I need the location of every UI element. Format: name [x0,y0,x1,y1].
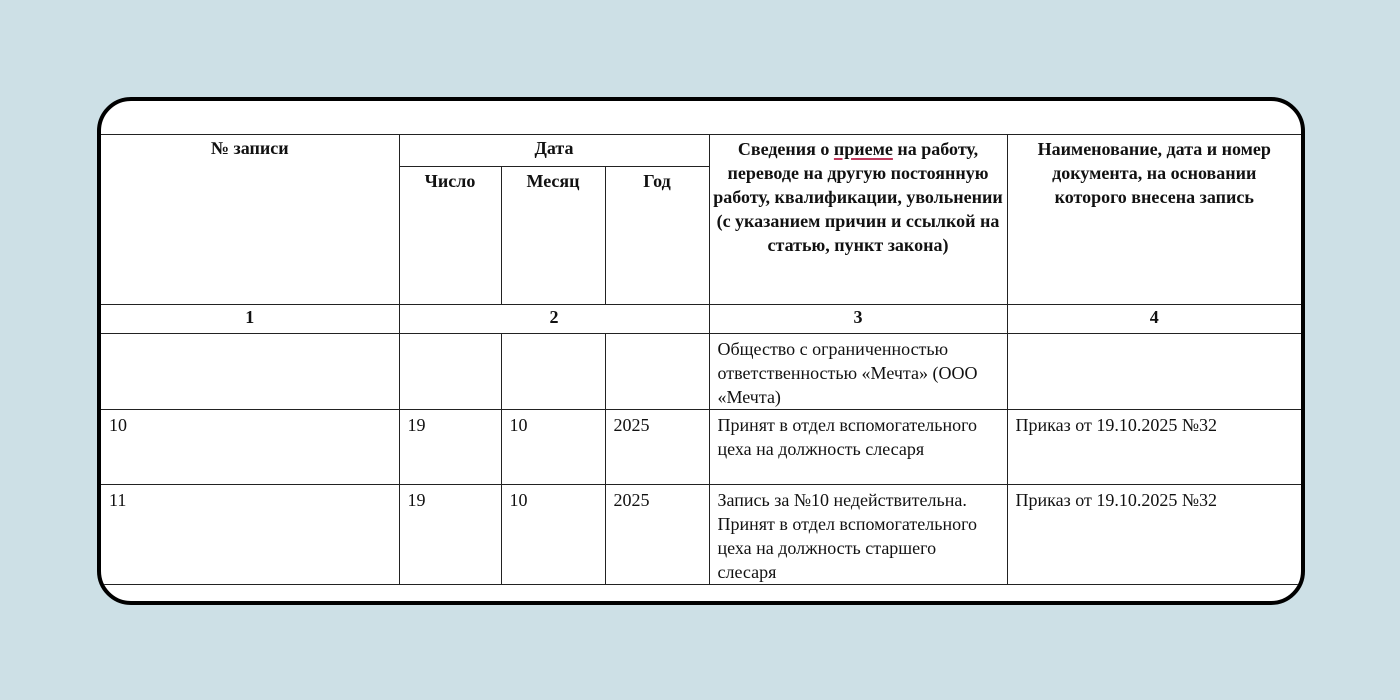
record-number-cell: 11 [101,485,399,585]
table-row: 11 19 10 2025 Запись за №10 недействител… [101,485,1301,585]
header-year: Год [605,167,709,305]
info-cell: Принят в отдел вспомогательного цеха на … [709,410,1007,485]
document-cell: Приказ от 19.10.2025 №32 [1007,485,1301,585]
month-cell: 10 [501,410,605,485]
year-cell: 2025 [605,410,709,485]
month-cell: 10 [501,485,605,585]
header-month: Месяц [501,167,605,305]
table-row: Общество с ограниченностью ответственнос… [101,334,1301,410]
month-cell [501,334,605,410]
document-cell: Приказ от 19.10.2025 №32 [1007,410,1301,485]
year-cell: 2025 [605,485,709,585]
table-row: 10 19 10 2025 Принят в отдел вспомогател… [101,410,1301,485]
record-number-cell [101,334,399,410]
document-card: № записи Дата Сведения о приеме на работ… [97,97,1305,605]
column-number-3: 3 [709,305,1007,334]
header-info-text-start: Сведения о [738,139,834,159]
header-employment-info: Сведения о приеме на работу, переводе на… [709,135,1007,305]
column-number-4: 4 [1007,305,1301,334]
record-number-cell: 10 [101,410,399,485]
year-cell [605,334,709,410]
header-day: Число [399,167,501,305]
info-cell: Запись за №10 недействительна. Принят в … [709,485,1007,585]
day-cell: 19 [399,410,501,485]
work-record-table: № записи Дата Сведения о приеме на работ… [101,134,1301,585]
header-document: Наименование, дата и номер документа, на… [1007,135,1301,305]
header-date: Дата [399,135,709,167]
info-cell: Общество с ограниченностью ответственнос… [709,334,1007,410]
day-cell [399,334,501,410]
day-cell: 19 [399,485,501,585]
column-number-1: 1 [101,305,399,334]
spellcheck-underlined-word: приеме [834,139,893,159]
document-cell [1007,334,1301,410]
column-number-2: 2 [399,305,709,334]
header-record-number: № записи [101,135,399,305]
